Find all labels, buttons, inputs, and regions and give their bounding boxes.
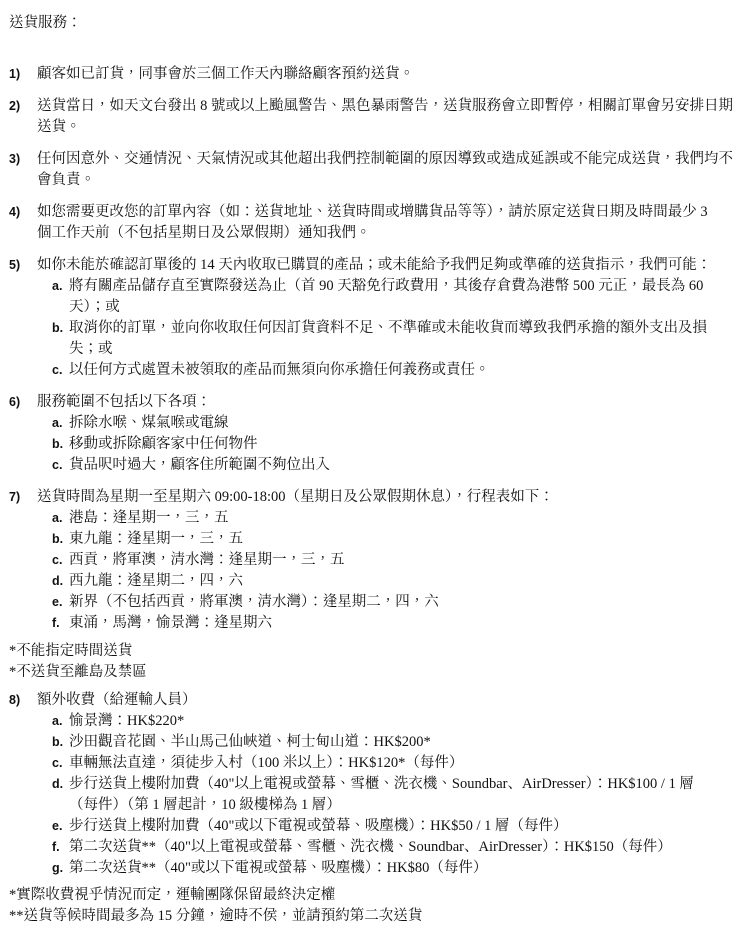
sub-item-body: 移動或拆除顧客家中任何物件 [69,434,714,455]
sub-item-letter: b. [52,732,69,753]
sub-item: b. 移動或拆除顧客家中任何物件 [37,434,714,455]
item-number: 5) [9,255,37,276]
sub-item-body: 新界（不包括西貢，將軍澳，清水灣）：逢星期二，四，六 [69,592,714,613]
sub-item-letter: f. [52,613,69,634]
sub-item-body: 拆除水喉、煤氣喉或電線 [69,413,714,434]
sub-item-text: 東九龍：逢星期一，三，五 [69,529,714,550]
item-body: 如你未能於確認訂單後的 14 天內收取已購買的產品；或未能給予我們足夠或準確的送… [37,255,714,381]
sub-item-letter: c. [52,753,69,774]
sub-item-text: 將有關產品儲存直至實際發送為止（首 90 天豁免行政費用，其後存倉費為港幣 50… [69,276,714,297]
list-item-2: 2) 送貨當日，如天文台發出 8 號或以上颱風警告、黑色暴雨警告，送貨服務會立即… [9,96,714,138]
sub-item-text: 以任何方式處置未被領取的產品而無須向你承擔任何義務或責任。 [69,360,714,381]
footnote: *實際收費視乎情況而定，運輸團隊保留最終決定權 [9,885,714,906]
sub-item-letter: a. [52,413,69,434]
sub-item-text: 第二次送貨**（40"以上電視或螢幕、雪櫃、洗衣機、Soundbar、AirDr… [69,837,714,858]
list-item-1: 1) 顧客如已訂貨，同事會於三個工作天內聯絡顧客預約送貨。 [9,64,714,85]
sub-item: a. 港島：逢星期一，三，五 [37,508,714,529]
sub-item: c. 以任何方式處置未被領取的產品而無須向你承擔任何義務或責任。 [37,360,714,381]
sub-item-body: 西九龍：逢星期二，四，六 [69,571,714,592]
sub-item-letter: e. [52,592,69,613]
sub-item: c. 貨品呎吋過大，顧客住所範圍不夠位出入 [37,455,714,476]
list-item-4: 4) 如您需要更改您的訂單內容（如：送貨地址、送貨時間或增購貨品等等），請於原定… [9,202,714,244]
sub-item-body: 港島：逢星期一，三，五 [69,508,714,529]
sub-item: b. 東九龍：逢星期一，三，五 [37,529,714,550]
list-item-5: 5) 如你未能於確認訂單後的 14 天內收取已購買的產品；或未能給予我們足夠或準… [9,255,714,381]
list-item-6: 6) 服務範圍不包括以下各項： a. 拆除水喉、煤氣喉或電線 b. 移動或拆除顧… [9,392,714,476]
item-body: 送貨時間為星期一至星期六 09:00-18:00（星期日及公眾假期休息），行程表… [37,487,714,634]
list-item-3: 3) 任何因意外、交通情況、天氣情況或其他超出我們控制範圍的原因導致或造成延誤或… [9,149,714,191]
footnotes-charges: *實際收費視乎情況而定，運輸團隊保留最終決定權 **送貨等候時間最多為 15 分… [9,885,714,927]
footnote: *不送貨至離島及禁區 [9,662,714,683]
sub-item-letter: c. [52,360,69,381]
item-text: 如你未能於確認訂單後的 14 天內收取已購買的產品；或未能給予我們足夠或準確的送… [37,255,714,276]
page-title: 送貨服務： [9,13,714,34]
sub-item-text: 車輛無法直達，須徒步入村（100 米以上）：HK$120*（每件） [69,753,714,774]
item-number: 2) [9,96,37,117]
sub-item-body: 以任何方式處置未被領取的產品而無須向你承擔任何義務或責任。 [69,360,714,381]
sub-item: b. 取消你的訂單，並向你收取任何因訂貨資料不足、不準確或未能收貨而導致我們承擔… [37,318,714,360]
item-number: 4) [9,202,37,223]
sub-item-body: 步行送貨上樓附加費（40"或以下電視或螢幕、吸塵機）：HK$50 / 1 層（每… [69,816,714,837]
item-body: 顧客如已訂貨，同事會於三個工作天內聯絡顧客預約送貨。 [37,64,714,85]
sub-item: f. 第二次送貨**（40"以上電視或螢幕、雪櫃、洗衣機、Soundbar、Ai… [37,837,714,858]
sub-item-letter: a. [52,508,69,529]
sub-item-body: 第二次送貨**（40"以上電視或螢幕、雪櫃、洗衣機、Soundbar、AirDr… [69,837,714,858]
sub-item-letter: b. [52,434,69,455]
sub-item-letter: d. [52,571,69,592]
sub-item-text: 新界（不包括西貢，將軍澳，清水灣）：逢星期二，四，六 [69,592,714,613]
item-body: 服務範圍不包括以下各項： a. 拆除水喉、煤氣喉或電線 b. 移動或拆除顧客家中… [37,392,714,476]
sub-item: f. 東涌，馬灣，愉景灣：逢星期六 [37,613,714,634]
footnote: **送貨等候時間最多為 15 分鐘，逾時不侯，並請預約第二次送貨 [9,906,714,927]
sub-item-body: 步行送貨上樓附加費（40"以上電視或螢幕、雪櫃、洗衣機、Soundbar、Air… [69,774,714,816]
sub-item-text: 貨品呎吋過大，顧客住所範圍不夠位出入 [69,455,714,476]
sub-item-text: 取消你的訂單，並向你收取任何因訂貨資料不足、不準確或未能收貨而導致我們承擔的額外… [69,318,714,339]
item-text: 顧客如已訂貨，同事會於三個工作天內聯絡顧客預約送貨。 [37,64,714,85]
document-page: 送貨服務： 1) 顧客如已訂貨，同事會於三個工作天內聯絡顧客預約送貨。 2) 送… [0,0,732,929]
sub-item-body: 沙田觀音花園、半山馬己仙峽道、柯士甸山道：HK$200* [69,732,714,753]
sub-item-body: 貨品呎吋過大，顧客住所範圍不夠位出入 [69,455,714,476]
sub-item-body: 西貢，將軍澳，清水灣：逢星期一，三，五 [69,550,714,571]
sub-item: g. 第二次送貨**（40"或以下電視或螢幕、吸塵機）：HK$80（每件） [37,858,714,879]
sub-item-body: 取消你的訂單，並向你收取任何因訂貨資料不足、不準確或未能收貨而導致我們承擔的額外… [69,318,714,360]
sub-item-text: 天）；或 [69,297,714,318]
sub-item: e. 新界（不包括西貢，將軍澳，清水灣）：逢星期二，四，六 [37,592,714,613]
item-text: 任何因意外、交通情況、天氣情況或其他超出我們控制範圍的原因導致或造成延誤或不能完… [37,149,714,170]
sub-item-text: 步行送貨上樓附加費（40"以上電視或螢幕、雪櫃、洗衣機、Soundbar、Air… [69,774,714,795]
sub-item: a. 愉景灣：HK$220* [37,711,714,732]
item-text: 送貨當日，如天文台發出 8 號或以上颱風警告、黑色暴雨警告，送貨服務會立即暫停，… [37,96,714,117]
item-number: 1) [9,64,37,85]
sub-item-text: （每件）（第 1 層起計，10 級樓梯為 1 層） [69,795,714,816]
item-body: 額外收費（給運輸人員） a. 愉景灣：HK$220* b. 沙田觀音花園、半山馬… [37,690,714,879]
sub-item: c. 車輛無法直達，須徒步入村（100 米以上）：HK$120*（每件） [37,753,714,774]
sub-item-text: 步行送貨上樓附加費（40"或以下電視或螢幕、吸塵機）：HK$50 / 1 層（每… [69,816,714,837]
sub-item: e. 步行送貨上樓附加費（40"或以下電視或螢幕、吸塵機）：HK$50 / 1 … [37,816,714,837]
sub-item-letter: a. [52,276,69,297]
item-text: 服務範圍不包括以下各項： [37,392,714,413]
list-item-7: 7) 送貨時間為星期一至星期六 09:00-18:00（星期日及公眾假期休息），… [9,487,714,634]
item-text: 會負責。 [37,170,714,191]
sub-item-body: 將有關產品儲存直至實際發送為止（首 90 天豁免行政費用，其後存倉費為港幣 50… [69,276,714,318]
item-body: 如您需要更改您的訂單內容（如：送貨地址、送貨時間或增購貨品等等），請於原定送貨日… [37,202,714,244]
sub-item-body: 愉景灣：HK$220* [69,711,714,732]
sub-item-letter: c. [52,550,69,571]
sub-item: a. 將有關產品儲存直至實際發送為止（首 90 天豁免行政費用，其後存倉費為港幣… [37,276,714,318]
item-text: 額外收費（給運輸人員） [37,690,714,711]
sub-item-body: 第二次送貨**（40"或以下電視或螢幕、吸塵機）：HK$80（每件） [69,858,714,879]
sub-item-letter: g. [52,858,69,879]
item-number: 7) [9,487,37,508]
sub-item-text: 西貢，將軍澳，清水灣：逢星期一，三，五 [69,550,714,571]
sub-item-text: 西九龍：逢星期二，四，六 [69,571,714,592]
sub-item-letter: e. [52,816,69,837]
sub-item: d. 西九龍：逢星期二，四，六 [37,571,714,592]
sub-item-letter: b. [52,529,69,550]
sub-item-letter: b. [52,318,69,339]
item-body: 送貨當日，如天文台發出 8 號或以上颱風警告、黑色暴雨警告，送貨服務會立即暫停，… [37,96,714,138]
item-text: 個工作天前（不包括星期日及公眾假期）通知我們。 [37,223,714,244]
item-text: 送貨。 [37,117,714,138]
sub-item-text: 失；或 [69,339,714,360]
sub-item-letter: f. [52,837,69,858]
item-number: 8) [9,690,37,711]
item-text: 送貨時間為星期一至星期六 09:00-18:00（星期日及公眾假期休息），行程表… [37,487,714,508]
sub-item-letter: a. [52,711,69,732]
sub-item-text: 移動或拆除顧客家中任何物件 [69,434,714,455]
list-item-8: 8) 額外收費（給運輸人員） a. 愉景灣：HK$220* b. 沙田觀音花園、… [9,690,714,879]
sub-item-letter: c. [52,455,69,476]
sub-item-body: 車輛無法直達，須徒步入村（100 米以上）：HK$120*（每件） [69,753,714,774]
sub-item: b. 沙田觀音花園、半山馬己仙峽道、柯士甸山道：HK$200* [37,732,714,753]
sub-item-text: 東涌，馬灣，愉景灣：逢星期六 [69,613,714,634]
item-number: 6) [9,392,37,413]
item-number: 3) [9,149,37,170]
sub-item-text: 第二次送貨**（40"或以下電視或螢幕、吸塵機）：HK$80（每件） [69,858,714,879]
sub-item-text: 沙田觀音花園、半山馬己仙峽道、柯士甸山道：HK$200* [69,732,714,753]
sub-item: d. 步行送貨上樓附加費（40"以上電視或螢幕、雪櫃、洗衣機、Soundbar、… [37,774,714,816]
footnotes-delivery: *不能指定時間送貨 *不送貨至離島及禁區 [9,641,714,683]
sub-item-body: 東涌，馬灣，愉景灣：逢星期六 [69,613,714,634]
item-text: 如您需要更改您的訂單內容（如：送貨地址、送貨時間或增購貨品等等），請於原定送貨日… [37,202,714,223]
sub-item: c. 西貢，將軍澳，清水灣：逢星期一，三，五 [37,550,714,571]
sub-item-text: 拆除水喉、煤氣喉或電線 [69,413,714,434]
item-body: 任何因意外、交通情況、天氣情況或其他超出我們控制範圍的原因導致或造成延誤或不能完… [37,149,714,191]
sub-item-letter: d. [52,774,69,795]
sub-item-text: 港島：逢星期一，三，五 [69,508,714,529]
sub-item-body: 東九龍：逢星期一，三，五 [69,529,714,550]
footnote: *不能指定時間送貨 [9,641,714,662]
sub-item: a. 拆除水喉、煤氣喉或電線 [37,413,714,434]
sub-item-text: 愉景灣：HK$220* [69,711,714,732]
